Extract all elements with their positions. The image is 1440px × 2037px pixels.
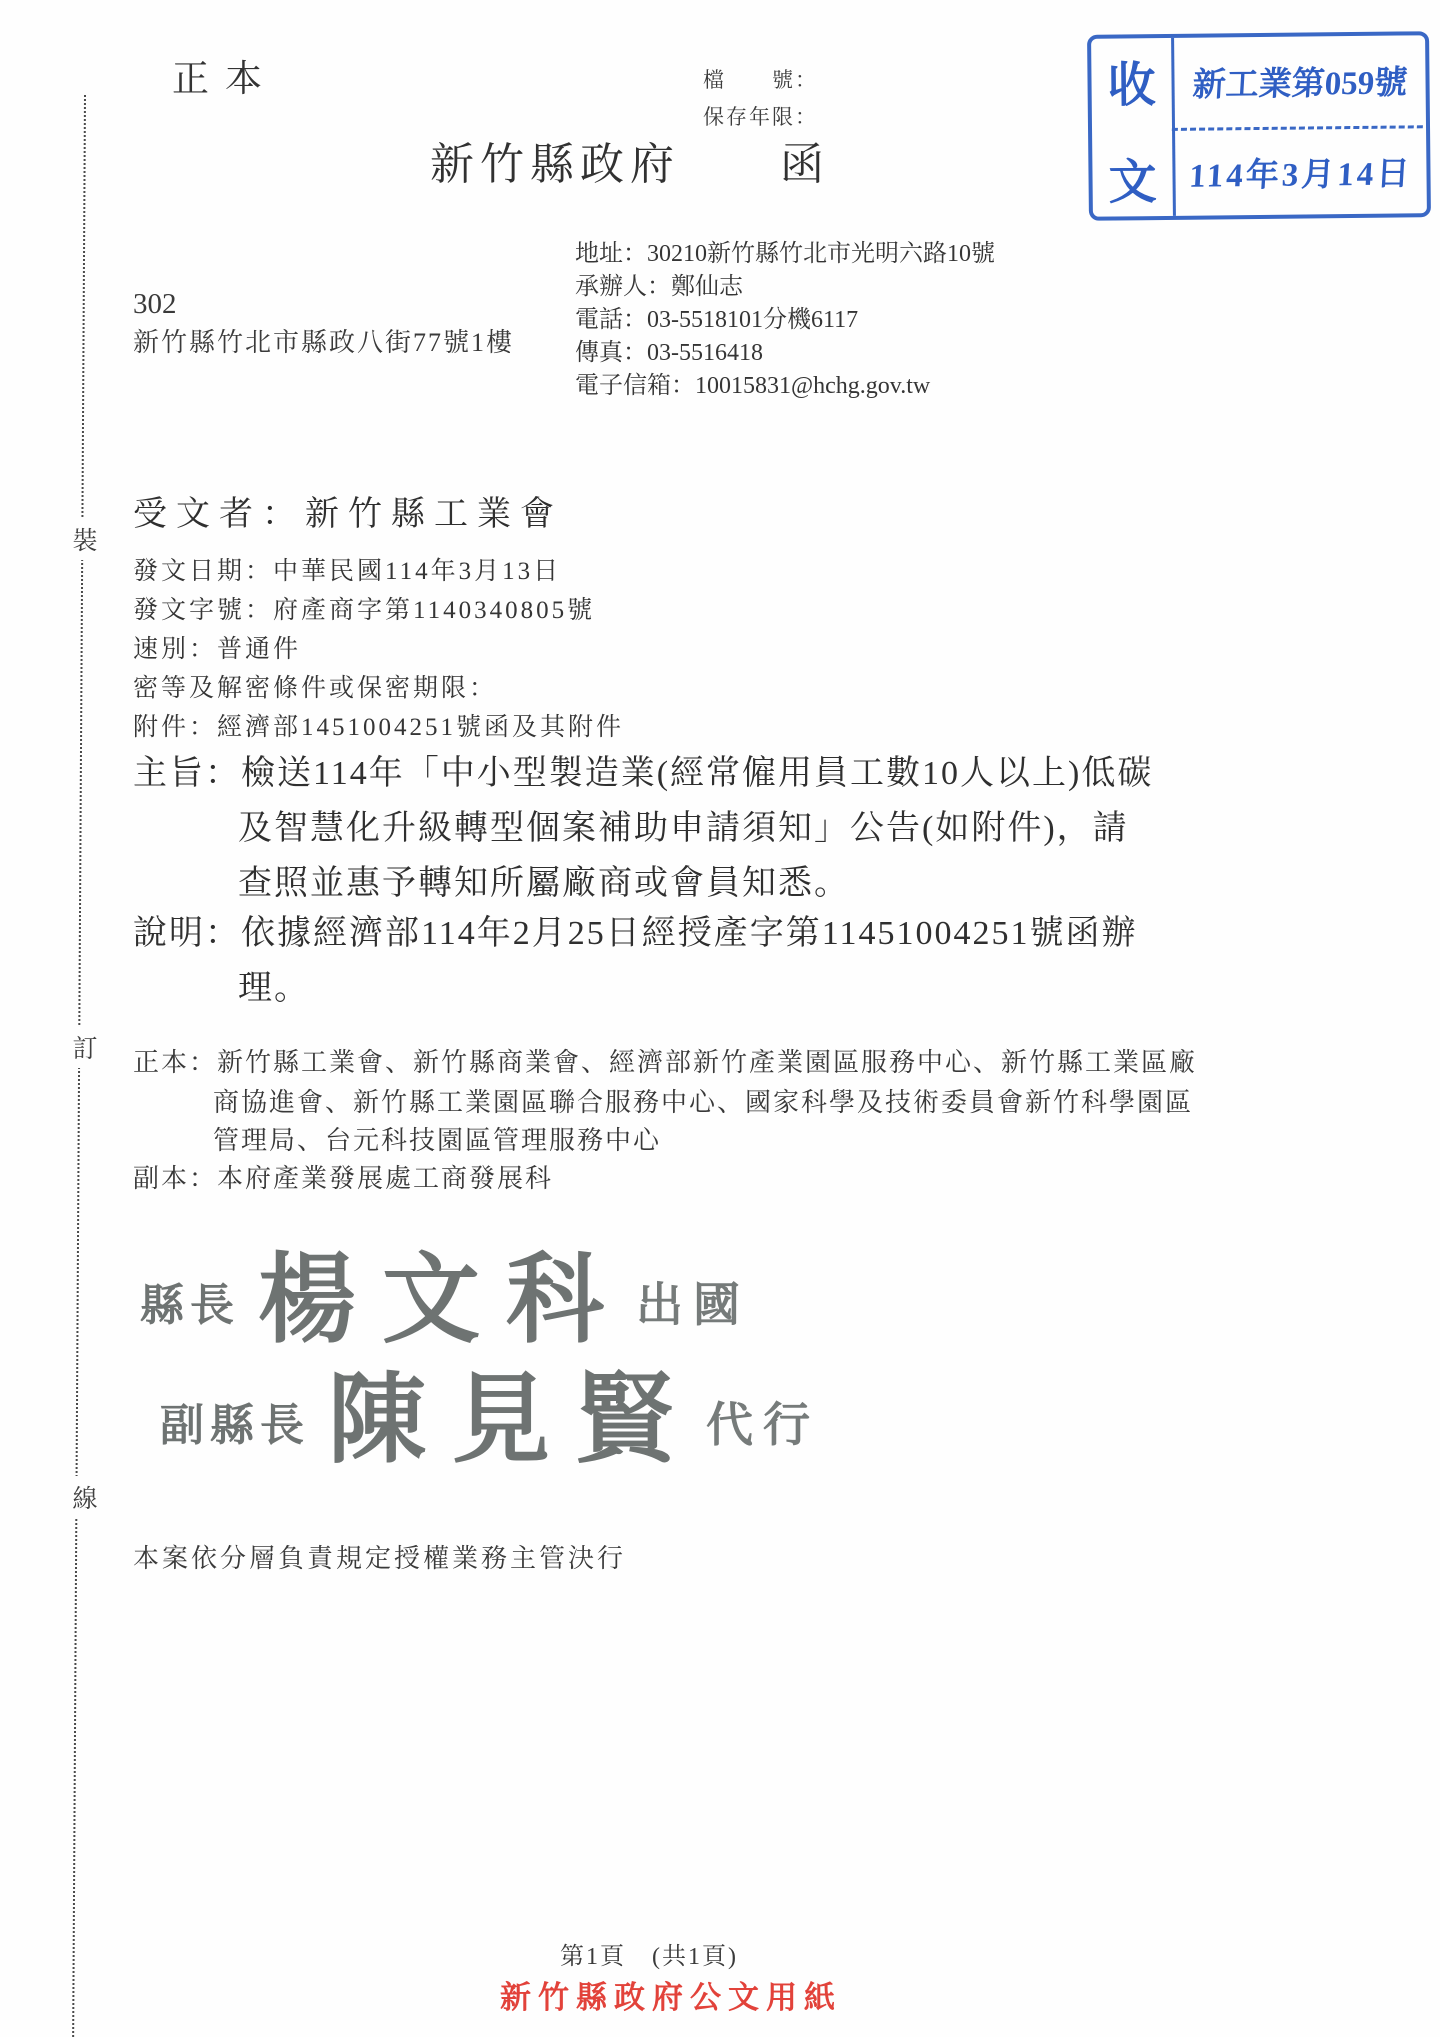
file-number-label: 檔 號： [703,62,818,99]
subject-line-1: 主旨：檢送114年「中小型製造業(經常僱用員工數10人以上)低碳 [133,745,1153,794]
official-paper-name: 新竹縣政府公文用紙 [500,1972,842,2017]
stamp-receipt-date: 114年3月14日 [1173,128,1429,216]
security-class-line: 密等及解密條件或保密期限： [133,669,624,708]
copy-recipients-line: 副本：本府產業發展處工商發展科 [133,1158,553,1195]
deputy-name-signature: 陳見賢 [328,1372,700,1470]
page-number-info: 第1頁 (共1頁) [560,1936,738,1971]
subject-line-2: 及智慧化升級轉型個案補助申請須知」公告(如附件)，請 [238,800,1129,849]
description-line-1: 說明：依據經濟部114年2月25日經授產字第11451004251號函辦 [133,905,1137,954]
original-recipients-line-2: 商協進會、新竹縣工業園區聯合服務中心、國家科學及技術委員會新竹科學園區 [213,1082,1193,1119]
signature-row-deputy: 副縣長 陳見賢 代行 [160,1372,820,1470]
description-line-2: 理。 [238,960,310,1009]
receipt-stamp-fields: 新工業第059號 114年3月14日 [1174,35,1427,216]
recipient-line: 受文者：新竹縣工業會 [133,486,563,535]
document-meta-block: 發文日期：中華民國114年3月13日 發文字號：府產商字第1140340805號… [133,552,624,747]
binding-mark-zhuang: 裝 [66,518,104,560]
sender-phone: 電話：03-5518101分機6117 [575,304,995,337]
sender-address: 地址：30210新竹縣竹北市光明六路10號 [575,238,995,271]
recipient-address: 新竹縣竹北市縣政八街77號1樓 [133,322,514,359]
authorization-note: 本案依分層負責規定授權業務主管決行 [133,1538,626,1575]
copy-type-label: 正本 [172,48,278,102]
receipt-stamp: 收 文 新工業第059號 114年3月14日 [1087,31,1431,221]
binding-mark-xian: 線 [66,1476,104,1518]
document-title: 新竹縣政府 函 [430,128,830,192]
magistrate-title: 縣長 [140,1269,240,1333]
sender-contact-person: 承辦人：鄭仙志 [575,271,995,304]
sender-email: 電子信箱：10015831@hchg.gov.tw [575,370,995,403]
magistrate-status-note: 出國 [636,1268,750,1335]
official-letter-page: 裝 訂 線 正本 檔 號： 保存年限： 收 文 新工業第059號 114年3月1… [0,0,1440,2037]
file-labels: 檔 號： 保存年限： [703,62,818,136]
deputy-title: 副縣長 [160,1389,310,1453]
stamp-char-receive: 收 [1107,46,1156,115]
magistrate-name-signature: 楊文科 [258,1252,630,1350]
binding-mark-ding: 訂 [66,1026,104,1068]
original-recipients-line-3: 管理局、台元科技園區管理服務中心 [213,1120,661,1157]
subject-line-3: 查照並惠予轉知所屬廠商或會員知悉。 [238,855,850,904]
receipt-stamp-column: 收 文 [1091,38,1176,217]
speed-class-line: 速別：普通件 [133,630,624,669]
issue-number-line: 發文字號：府產商字第1140340805號 [133,591,624,630]
recipient-postal-code: 302 [133,288,177,321]
signature-row-magistrate: 縣長 楊文科 出國 [140,1252,750,1350]
deputy-acting-note: 代行 [706,1388,820,1455]
stamp-receipt-number: 新工業第059號 [1172,35,1428,130]
stamp-char-document: 文 [1108,143,1157,212]
original-recipients-line-1: 正本：新竹縣工業會、新竹縣商業會、經濟部新竹產業園區服務中心、新竹縣工業區廠 [133,1042,1197,1079]
sender-contact-block: 地址：30210新竹縣竹北市光明六路10號 承辦人：鄭仙志 電話：03-5518… [575,238,995,403]
attachment-line: 附件：經濟部1451004251號函及其附件 [133,708,624,747]
issue-date-line: 發文日期：中華民國114年3月13日 [133,552,624,591]
sender-fax: 傳真：03-5516418 [575,337,995,370]
